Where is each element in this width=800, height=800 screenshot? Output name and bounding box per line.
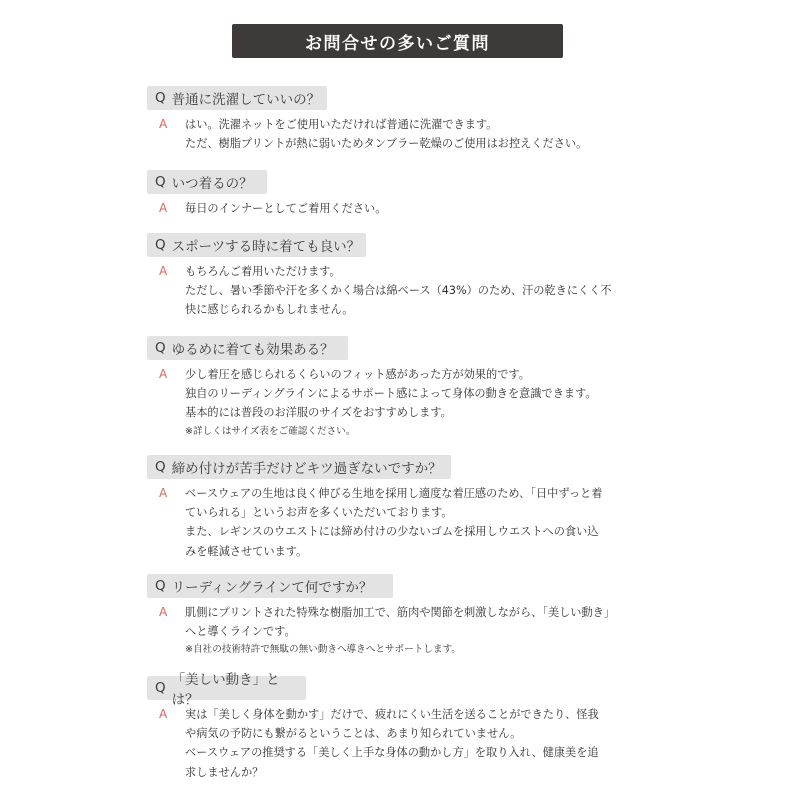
answer-line: 求しませんか？ <box>185 763 645 782</box>
answer-note: ※詳しくはサイズ表をご確認ください。 <box>185 423 645 440</box>
answer-line: 肌側にプリントされた特殊な樹脂加工で、筋肉や関節を刺激しながら、「美しい動き」 <box>185 603 645 622</box>
answer-note: ※自社の技術特許で無駄の無い動きへ導きへとサポートします。 <box>185 641 645 658</box>
answer: A もちろんご着用いただけます。 ただし、暑い季節や汗を多くかく場合は綿ベース（… <box>147 262 645 320</box>
answer-line: 基本的には普段のお洋服のサイズをおすすめします。 <box>185 403 645 422</box>
a-marker: A <box>147 115 185 153</box>
q-marker: Q <box>155 90 166 106</box>
answer: A 実は「美しく身体を動かす」だけで、疲れにくい生活を送ることができたり、怪我 … <box>147 705 645 782</box>
q-marker: Q <box>155 680 166 696</box>
answer-line: へと導くラインです。 <box>185 622 645 641</box>
answer: A 肌側にプリントされた特殊な樹脂加工で、筋肉や関節を刺激しながら、「美しい動き… <box>147 603 645 658</box>
question-box: Q 「美しい動き」とは？ <box>147 676 306 700</box>
answer-line: はい。洗濯ネットをご使用いただければ普通に洗濯できます。 <box>185 115 645 134</box>
answer-line: 快に感じられるかもしれません。 <box>185 300 645 319</box>
answer-line: ただ、樹脂プリントが熱に弱いためタンブラー乾燥のご使用はお控えください。 <box>185 134 645 153</box>
faq-item-5: Q 締め付けが苦手だけどキツ過ぎないですか？ A ベースウェアの生地は良く伸びる… <box>147 455 645 561</box>
a-marker: A <box>147 603 185 658</box>
question-text: リーディングラインて何ですか？ <box>172 576 373 596</box>
q-marker: Q <box>155 578 166 594</box>
a-marker: A <box>147 262 185 320</box>
answer: A はい。洗濯ネットをご使用いただければ普通に洗濯できます。 ただ、樹脂プリント… <box>147 115 645 153</box>
answer-line: ベースウェアの生地は良く伸びる生地を採用し適度な着圧感のため、「日中ずっと着 <box>185 484 645 503</box>
question-box: Q いつ着るの？ <box>147 170 267 194</box>
answer-line: 毎日のインナーとしてご着用ください。 <box>185 199 645 218</box>
q-marker: Q <box>155 459 166 475</box>
faq-item-2: Q いつ着るの？ A 毎日のインナーとしてご着用ください。 <box>147 170 645 218</box>
question-text: 「美しい動き」とは？ <box>172 668 306 708</box>
a-marker: A <box>147 484 185 561</box>
faq-item-6: Q リーディングラインて何ですか？ A 肌側にプリントされた特殊な樹脂加工で、筋… <box>147 574 645 658</box>
question-text: 締め付けが苦手だけどキツ過ぎないですか？ <box>172 457 442 477</box>
question-text: 普通に洗濯していいの？ <box>172 88 321 108</box>
answer-line: 実は「美しく身体を動かす」だけで、疲れにくい生活を送ることができたり、怪我 <box>185 705 645 724</box>
answer: A 少し着圧を感じられるくらいのフィット感があった方が効果的です。 独自のリーデ… <box>147 365 645 440</box>
question-text: スポーツする時に着ても良い？ <box>172 235 360 255</box>
faq-item-3: Q スポーツする時に着ても良い？ A もちろんご着用いただけます。 ただし、暑い… <box>147 233 645 320</box>
answer-line: 独自のリーディングラインによるサポート感によって身体の動きを意識できます。 <box>185 384 645 403</box>
answer-line: や病気の予防にも繋がるということは、あまり知られていません。 <box>185 724 645 743</box>
answer-line: また、レギンスのウエストには締め付けの少ないゴムを採用しウエストへの食い込 <box>185 522 645 541</box>
question-box: Q リーディングラインて何ですか？ <box>147 574 393 598</box>
question-text: ゆるめに着ても効果ある？ <box>172 338 334 358</box>
question-box: Q 締め付けが苦手だけどキツ過ぎないですか？ <box>147 455 451 479</box>
answer-line: みを軽減させています。 <box>185 542 645 561</box>
question-box: Q スポーツする時に着ても良い？ <box>147 233 366 257</box>
answer-line: ていられる」というお声を多くいただいております。 <box>185 503 645 522</box>
answer-line: ただし、暑い季節や汗を多くかく場合は綿ベース（43%）のため、汗の乾きにくく不 <box>185 281 645 300</box>
answer-line: ベースウェアの推奨する「美しく上手な身体の動かし方」を取り入れ、健康美を追 <box>185 743 645 762</box>
a-marker: A <box>147 199 185 218</box>
question-box: Q ゆるめに着ても効果ある？ <box>147 336 348 360</box>
q-marker: Q <box>155 237 166 253</box>
question-text: いつ着るの？ <box>172 172 253 192</box>
faq-item-4: Q ゆるめに着ても効果ある？ A 少し着圧を感じられるくらいのフィット感があった… <box>147 336 645 440</box>
answer: A ベースウェアの生地は良く伸びる生地を採用し適度な着圧感のため、「日中ずっと着… <box>147 484 645 561</box>
page-title-text: お問合せの多いご質問 <box>305 29 490 54</box>
q-marker: Q <box>155 174 166 190</box>
question-box: Q 普通に洗濯していいの？ <box>147 86 327 110</box>
answer-line: 少し着圧を感じられるくらいのフィット感があった方が効果的です。 <box>185 365 645 384</box>
q-marker: Q <box>155 340 166 356</box>
faq-item-1: Q 普通に洗濯していいの？ A はい。洗濯ネットをご使用いただければ普通に洗濯で… <box>147 86 645 153</box>
faq-item-7: Q 「美しい動き」とは？ A 実は「美しく身体を動かす」だけで、疲れにくい生活を… <box>147 676 645 782</box>
a-marker: A <box>147 365 185 440</box>
page-title: お問合せの多いご質問 <box>232 24 563 58</box>
answer-line: もちろんご着用いただけます。 <box>185 262 645 281</box>
a-marker: A <box>147 705 185 782</box>
answer: A 毎日のインナーとしてご着用ください。 <box>147 199 645 218</box>
